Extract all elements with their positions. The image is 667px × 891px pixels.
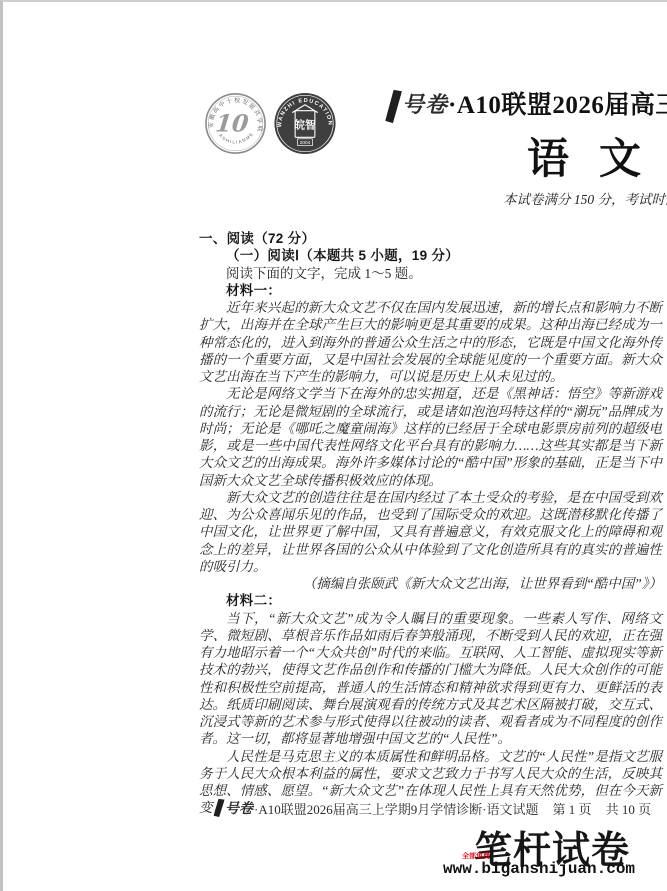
material2-paragraph: 当下，“新大众文艺”成为令人瞩目的重要现象。一些素人写作、网络文学、微短剧、草根… <box>199 610 662 748</box>
series-script-label: 号卷 <box>402 90 448 120</box>
exam-series-title: 号卷 ·A10联盟2026届高三上学期9月学情诊断 <box>388 90 667 123</box>
material1-paragraph: 新大众文艺的创造往往是在国内经过了本土受众的考验，是在中国受到欢迎、为公众喜闻乐… <box>199 489 662 575</box>
material1-paragraph: 无论是网络文学当下在海外的忠实拥趸，还是《黑神话：悟空》等新游戏的流行；无论是微… <box>199 385 662 489</box>
subsection-heading: （一）阅读Ⅰ（本题共 5 小题，19 分） <box>199 247 662 264</box>
material1-label: 材料一： <box>199 282 662 299</box>
subject-title: 语文试题 <box>527 126 667 186</box>
exam-note: 本试卷满分 150 分，考试时间 <box>503 188 667 208</box>
seal-year: 2004 <box>300 140 311 146</box>
seal-monogram: 10 <box>214 109 250 137</box>
material1-paragraph: 近年来兴起的新大众文艺不仅在国内发展迅速，新的增长点和影响力不断扩大，出海并在全… <box>199 299 662 385</box>
reading-instruction: 阅读下面的文字，完成 1～5 题。 <box>199 265 662 282</box>
series-script-label: 号卷 <box>225 798 253 818</box>
section-heading: 一、阅读（72 分） <box>199 230 662 247</box>
footer-exam-label: ·A10联盟2026届高三上学期9月学情诊断·语文试题 <box>254 799 539 818</box>
footer-page-total: 共 10 页 <box>606 799 652 818</box>
material2-label: 材料二： <box>199 592 662 609</box>
header-seals: 安徽高中十校发展共享联盟 ASHILIANMENG 10 WANZHI EDUC… <box>204 89 338 158</box>
exam-paper-page: 安徽高中十校发展共享联盟 ASHILIANMENG 10 WANZHI EDUC… <box>0 0 667 891</box>
watermark-site-url: www.biganshijuan.com <box>443 860 635 878</box>
material1-source: （摘编自张颐武《新大众文艺出海，让世界看到“酷中国”》） <box>199 575 662 592</box>
reading-section: 一、阅读（72 分） （一）阅读Ⅰ（本题共 5 小题，19 分） 阅读下面的文字… <box>199 230 662 817</box>
footer-page-number: 第 1 页 <box>553 799 592 818</box>
series-numeral-brush-icon <box>213 799 224 817</box>
seal-center-text: 皖智 <box>294 117 316 131</box>
exam-title-text: ·A10联盟2026届高三上学期9月学情诊断 <box>448 90 667 122</box>
series-numeral-brush-icon <box>385 90 402 123</box>
wanzhi-education-seal-icon: WANZHI EDUCATION 皖智 2004 <box>272 89 338 158</box>
alliance-seal-icon: 安徽高中十校发展共享联盟 ASHILIANMENG 10 <box>204 90 267 157</box>
page-footer: 号卷 ·A10联盟2026届高三上学期9月学情诊断·语文试题 第 1 页 共 1… <box>215 798 651 818</box>
